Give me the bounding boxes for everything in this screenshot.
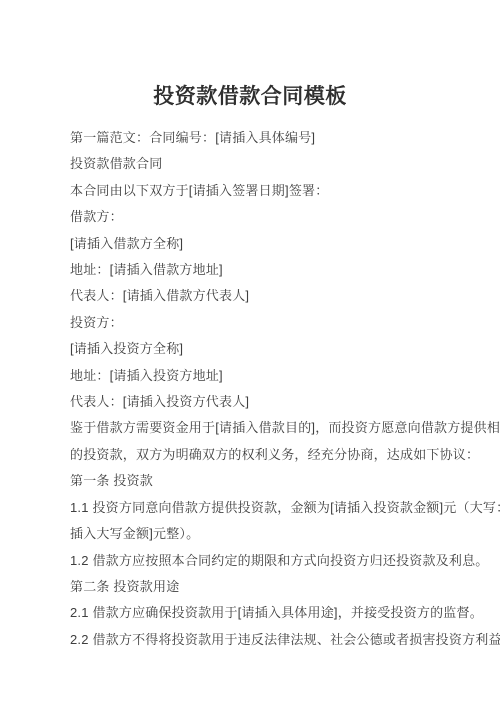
document-line: 借款方：	[70, 204, 432, 230]
document-line: 1.1 投资方同意向借款方提供投资款，金额为[请插入投资款金额]元（大写：[请	[70, 495, 432, 521]
document-line: 的投资款，双方为明确双方的权利义务，经充分协商，达成如下协议：	[70, 442, 432, 468]
document-line: 2.2 借款方不得将投资款用于违反法律法规、社会公德或者损害投资方利益的	[70, 627, 432, 653]
document-line: 代表人：[请插入投资方代表人]	[70, 389, 432, 415]
document-line: 代表人：[请插入借款方代表人]	[70, 283, 432, 309]
document-body: 第一篇范文：合同编号：[请插入具体编号] 投资款借款合同 本合同由以下双方于[请…	[70, 125, 432, 653]
document-line: 投资款借款合同	[70, 151, 432, 177]
document-line: [请插入借款方全称]	[70, 231, 432, 257]
document-line: 投资方：	[70, 310, 432, 336]
document-line: 第一篇范文：合同编号：[请插入具体编号]	[70, 125, 432, 151]
document-line: 地址：[请插入投资方地址]	[70, 363, 432, 389]
document-line: 第一条 投资款	[70, 468, 432, 494]
document-line: 鉴于借款方需要资金用于[请插入借款目的]，而投资方愿意向借款方提供相应	[70, 415, 432, 441]
document-line: 本合同由以下双方于[请插入签署日期]签署：	[70, 178, 432, 204]
document-line: 2.1 借款方应确保投资款用于[请插入具体用途]，并接受投资方的监督。	[70, 600, 432, 626]
document-line: 1.2 借款方应按照本合同约定的期限和方式向投资方归还投资款及利息。	[70, 548, 432, 574]
document-line: 地址：[请插入借款方地址]	[70, 257, 432, 283]
document-line: 第二条 投资款用途	[70, 574, 432, 600]
document-page: 投资款借款合同模板 第一篇范文：合同编号：[请插入具体编号] 投资款借款合同 本…	[0, 0, 500, 707]
document-title: 投资款借款合同模板	[0, 81, 500, 112]
document-line: [请插入投资方全称]	[70, 336, 432, 362]
document-line: 插入大写金额]元整）。	[70, 521, 432, 547]
